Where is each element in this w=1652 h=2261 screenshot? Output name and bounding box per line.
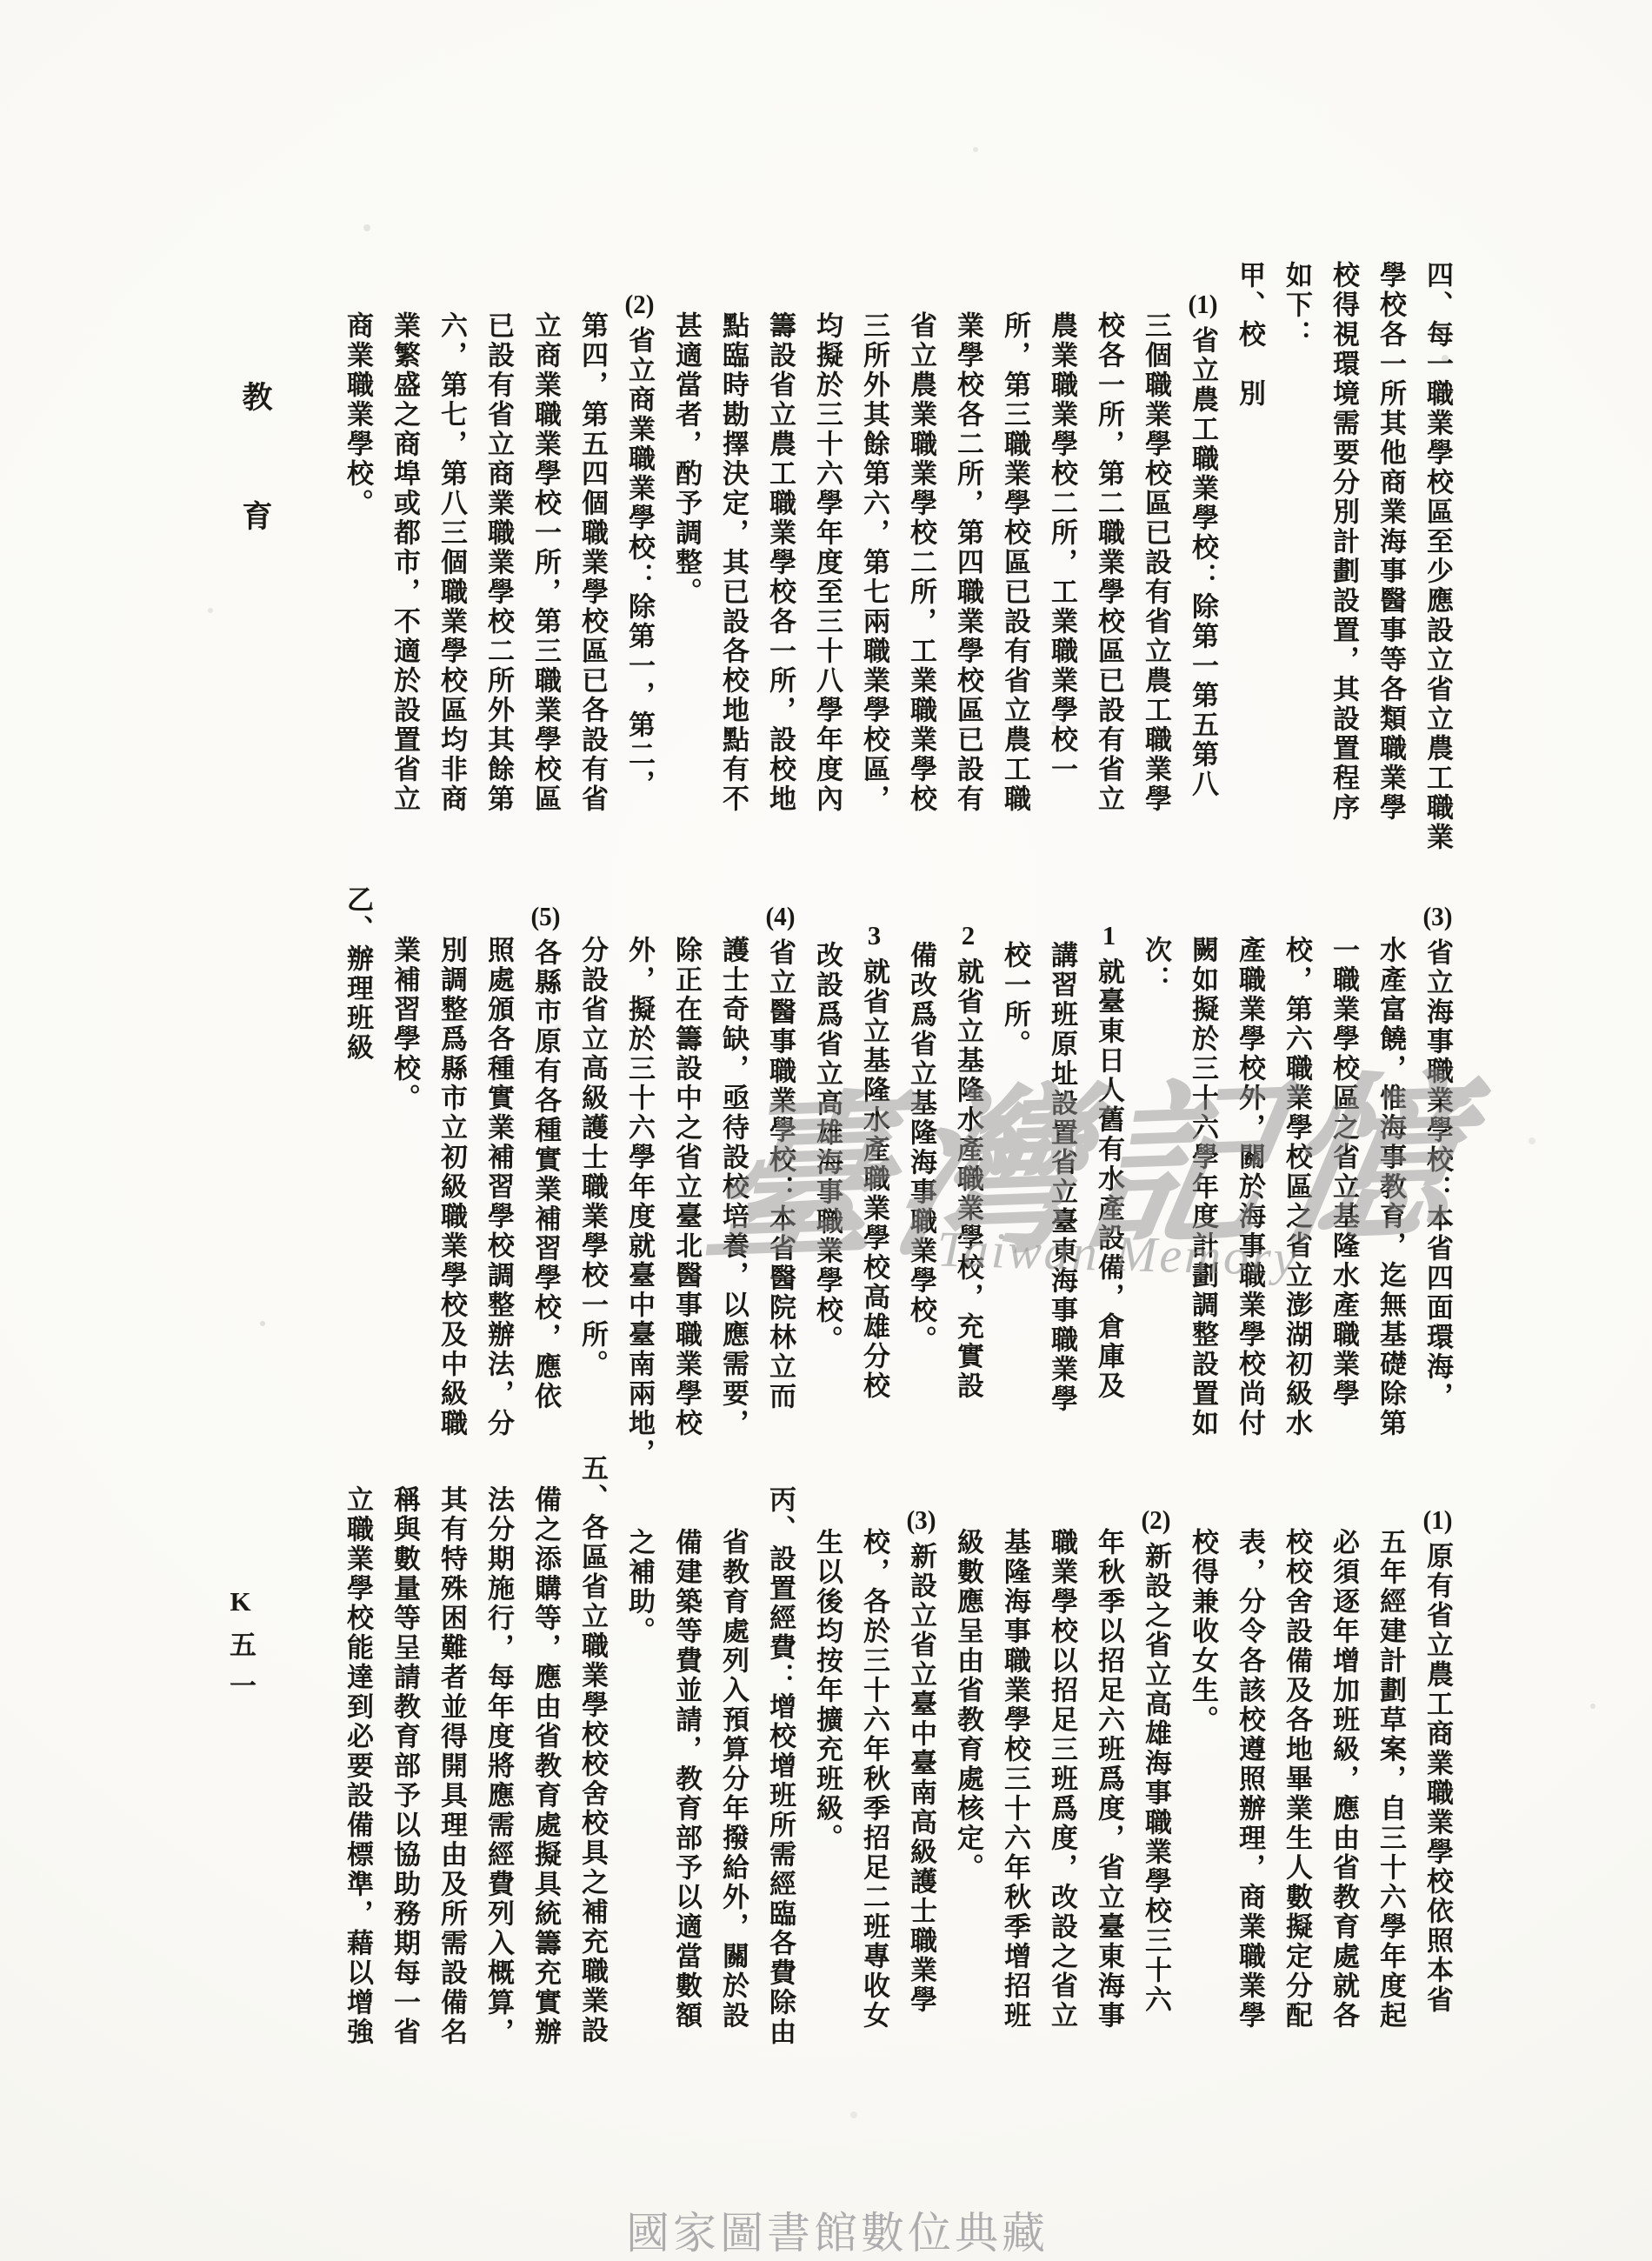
- column-text: 學校各一所其他商業海事醫事等各類職業學: [1376, 261, 1406, 823]
- library-digital-archive-caption: 國家圖書館數位典藏: [626, 2198, 1049, 2261]
- column-text: 三個職業學校區已設有省立農工職業學: [1141, 311, 1171, 814]
- scan-noise: [0, 0, 3, 3]
- column-text: 校校舍設備及各地畢業生人數擬定分配: [1282, 1528, 1312, 2031]
- text-column: 備之添購等，應由省教育處擬具統籌充實辦: [522, 1454, 569, 2124]
- text-column: 表，分令各該校遵照辦理，商業職業學: [1226, 1454, 1273, 2124]
- column-text: 省立農業職業學校二所，工業職業學校: [906, 311, 936, 814]
- column-text: 校，各於三十六年秋季招足二班專收女: [859, 1528, 889, 2031]
- text-column: 農業職業學校二所，工業職業學校一: [1038, 261, 1085, 887]
- column-text: 年秋季以招足六班爲度，省立臺東海事: [1094, 1528, 1124, 2031]
- column-text: 除正在籌設中之省立臺北醫事職業學校: [671, 936, 702, 1438]
- column-text: 必須逐年增加班級，應由省教育處就各: [1329, 1528, 1359, 2031]
- column-text: 各縣市原有各種實業補習學校，應依: [530, 938, 561, 1411]
- column-text: 所，第三職業學校區已設有省立農工職: [1000, 311, 1030, 814]
- column-text: 已設有省立商業職業學校二所外其餘第: [483, 311, 514, 814]
- column-text: 第四，第五四個職業學校區已各設有省: [577, 311, 608, 814]
- column-text: 三所外其餘第六，第七兩職業學校區，: [859, 311, 889, 814]
- text-column: 甲、校 別: [1226, 261, 1273, 887]
- text-column: 外，擬於三十六學年度就臺中臺南兩地，: [616, 885, 663, 1459]
- text-column: 五年經建計劃草案，自三十六學年度起: [1367, 1454, 1414, 2124]
- text-column: (1)原有省立農工商業職業學校依照本省: [1414, 1454, 1461, 2124]
- column-text: 省教育處列入預算分年撥給外，關於設: [718, 1528, 749, 2031]
- column-text: 業補習學校。: [390, 936, 420, 1113]
- text-column: 商業職業學校。: [334, 261, 381, 887]
- item-marker: 3: [859, 922, 889, 949]
- column-text: 級數應呈由省教育處核定。: [953, 1528, 983, 1883]
- text-column: 點臨時勘擇決定，其已設各校地點有不: [709, 261, 756, 887]
- column-text: 五年經建計劃草案，自三十六學年度起: [1376, 1528, 1406, 2031]
- column-text: 省立商業職業學校：除第一，第二，: [624, 326, 655, 799]
- column-text: 職業學校以招足三班爲度，改設之省立: [1047, 1528, 1077, 2031]
- text-band-top: 四、每一職業學校區至少應設立省立農工職業學校各一所其他商業海事醫事等各類職業學校…: [330, 261, 1461, 887]
- text-column: 之補助。: [616, 1454, 663, 2124]
- text-column: 業補習學校。: [381, 885, 428, 1459]
- text-column: 丙、設置經費：增校增班所需經臨各費除由: [756, 1454, 803, 2124]
- column-text: 省立農工職業學校：除第一第五第八: [1188, 326, 1218, 799]
- text-band-bottom: (1)原有省立農工商業職業學校依照本省五年經建計劃草案，自三十六學年度起必須逐年…: [330, 1454, 1461, 2124]
- text-column: 別調整爲縣市立初級職業學校及中級職: [428, 885, 475, 1459]
- column-text: 備之添購等，應由省教育處擬具統籌充實辦: [530, 1485, 561, 2047]
- text-column: 分設省立高級護士職業學校一所。: [569, 885, 616, 1459]
- column-text: 外，擬於三十六學年度就臺中臺南兩地，: [624, 936, 655, 1468]
- column-text: 籌設省立農工職業學校各一所，設校地: [765, 311, 796, 814]
- text-column: 校得兼收女生。: [1179, 1454, 1226, 2124]
- column-text: 原有省立農工商業職業學校依照本省: [1422, 1542, 1453, 2015]
- column-text: 生以後均按年擴充班級。: [812, 1528, 843, 1853]
- text-column: 省教育處列入預算分年撥給外，關於設: [709, 1454, 756, 2124]
- text-column: 基隆海事職業學校三十六年秋季增招班: [991, 1454, 1038, 2124]
- scanned-document-page: 四、每一職業學校區至少應設立省立農工職業學校各一所其他商業海事醫事等各類職業學校…: [0, 0, 1652, 2261]
- column-text: 點臨時勘擇決定，其已設各校地點有不: [718, 311, 749, 814]
- text-column: 五、各區省立職業學校校舍校具之補充職業設: [569, 1454, 616, 2124]
- text-column: 稱與數量等呈請教育部予以協助務期每一省: [381, 1454, 428, 2124]
- text-column: 已設有省立商業職業學校二所外其餘第: [475, 261, 522, 887]
- column-text: 校得兼收女生。: [1188, 1528, 1218, 1735]
- text-column: 照處頒各種實業補習學校調整辦法，分: [475, 885, 522, 1459]
- item-marker: (2): [1141, 1506, 1171, 1533]
- column-text: 甚適當者，酌予調整。: [671, 311, 702, 607]
- column-text: 乙、辦理班級: [343, 885, 373, 1063]
- text-column: 業學校各二所，第四職業學校區已設有: [944, 261, 991, 887]
- text-column: 立職業學校能達到必要設備標準，藉以增強: [334, 1454, 381, 2124]
- column-text: 照處頒各種實業補習學校調整辦法，分: [483, 936, 514, 1438]
- item-marker: (4): [765, 903, 796, 930]
- column-text: 四、每一職業學校區至少應設立省立農工職業: [1422, 261, 1453, 852]
- item-marker: (1): [1188, 290, 1218, 317]
- text-column: 三所外其餘第六，第七兩職業學校區，: [850, 261, 897, 887]
- column-text: 法分期施行，每年度將應需經費列入概算，: [483, 1485, 514, 2047]
- item-marker: 1: [1094, 922, 1124, 949]
- text-column: 三個職業學校區已設有省立農工職業學: [1132, 261, 1179, 887]
- item-marker: (2): [624, 290, 655, 317]
- item-marker: (3): [906, 1506, 936, 1533]
- text-column: (2)新設之省立高雄海事職業學校三十六: [1132, 1454, 1179, 2124]
- column-text: 五、各區省立職業學校校舍校具之補充職業設: [577, 1454, 608, 2045]
- column-text: 立職業學校能達到必要設備標準，藉以增強: [343, 1485, 373, 2047]
- running-title-education: 教育: [233, 381, 276, 619]
- page-number: K五一: [221, 1586, 260, 1712]
- column-text: 商業職業學校。: [343, 311, 373, 518]
- text-column: 甚適當者，酌予調整。: [663, 261, 709, 887]
- text-column: 級數應呈由省教育處核定。: [944, 1454, 991, 2124]
- text-column: 均擬於三十六學年度至三十八學年度內: [803, 261, 850, 887]
- column-text: 之補助。: [624, 1528, 655, 1646]
- item-marker: 2: [953, 922, 983, 949]
- column-text: 六，第七，第八三個職業學校區均非商: [436, 311, 467, 814]
- text-column: 如下：: [1273, 261, 1320, 887]
- column-text: 校得視環境需要分別計劃設置，其設置程序: [1329, 261, 1359, 823]
- text-column: 職業學校以招足三班爲度，改設之省立: [1038, 1454, 1085, 2124]
- text-column: 校得視環境需要分別計劃設置，其設置程序: [1320, 261, 1367, 887]
- text-column: 所，第三職業學校區已設有省立農工職: [991, 261, 1038, 887]
- column-text: 其有特殊困難者並得開具理由及所需設備名: [436, 1485, 467, 2047]
- column-text: 立商業職業學校一所，第三職業學校區: [530, 311, 561, 814]
- text-column: 第四，第五四個職業學校區已各設有省: [569, 261, 616, 887]
- text-column: 籌設省立農工職業學校各一所，設校地: [756, 261, 803, 887]
- text-column: 學校各一所其他商業海事醫事等各類職業學: [1367, 261, 1414, 887]
- text-column: 法分期施行，每年度將應需經費列入概算，: [475, 1454, 522, 2124]
- column-text: 如下：: [1282, 261, 1312, 350]
- text-column: 四、每一職業學校區至少應設立省立農工職業: [1414, 261, 1461, 887]
- column-text: 稱與數量等呈請教育部予以協助務期每一省: [390, 1485, 420, 2047]
- text-column: 校各一所，第二職業學校區已設有省立: [1085, 261, 1132, 887]
- taiwan-memory-watermark-latin: Taiwan Memory: [936, 1220, 1299, 1288]
- text-column: 備建築等費並請，教育部予以適當數額: [663, 1454, 709, 2124]
- text-column: (5)各縣市原有各種實業補習學校，應依: [522, 885, 569, 1459]
- column-text: 校各一所，第二職業學校區已設有省立: [1094, 311, 1124, 814]
- column-text: 均擬於三十六學年度至三十八學年度內: [812, 311, 843, 814]
- column-text: 次：: [1141, 936, 1171, 995]
- text-column: 立商業職業學校一所，第三職業學校區: [522, 261, 569, 887]
- column-text: 新設立省立臺中臺南高級護士職業學: [906, 1542, 936, 2015]
- text-column: (2)省立商業職業學校：除第一，第二，: [616, 261, 663, 887]
- column-text: 業繁盛之商埠或都市，不適於設置省立: [390, 311, 420, 814]
- text-column: 除正在籌設中之省立臺北醫事職業學校: [663, 885, 709, 1459]
- item-marker: (5): [530, 903, 561, 930]
- text-column: 生以後均按年擴充班級。: [803, 1454, 850, 2124]
- text-column: (3)新設立省立臺中臺南高級護士職業學: [897, 1454, 944, 2124]
- column-text: 業學校各二所，第四職業學校區已設有: [953, 311, 983, 814]
- column-text: 分設省立高級護士職業學校一所。: [577, 936, 608, 1379]
- text-column: 其有特殊困難者並得開具理由及所需設備名: [428, 1454, 475, 2124]
- column-text: 備建築等費並請，教育部予以適當數額: [671, 1528, 702, 2031]
- text-column: 省立農業職業學校二所，工業職業學校: [897, 261, 944, 887]
- text-column: 六，第七，第八三個職業學校區均非商: [428, 261, 475, 887]
- column-text: 甲、校 別: [1235, 261, 1265, 409]
- item-marker: (1): [1422, 1506, 1453, 1533]
- column-text: 新設之省立高雄海事職業學校三十六: [1141, 1542, 1171, 2015]
- text-column: 校，各於三十六年秋季招足二班專收女: [850, 1454, 897, 2124]
- column-text: 丙、設置經費：增校增班所需經臨各費除由: [765, 1485, 796, 2047]
- column-text: 表，分令各該校遵照辦理，商業職業學: [1235, 1528, 1265, 2031]
- column-text: 農業職業學校二所，工業職業學校一: [1047, 311, 1077, 784]
- column-text: 別調整爲縣市立初級職業學校及中級職: [436, 936, 467, 1438]
- text-column: 乙、辦理班級: [334, 885, 381, 1459]
- item-marker: (3): [1422, 903, 1453, 930]
- text-column: 業繁盛之商埠或都市，不適於設置省立: [381, 261, 428, 887]
- column-text: 基隆海事職業學校三十六年秋季增招班: [1000, 1528, 1030, 2031]
- text-column: 年秋季以招足六班爲度，省立臺東海事: [1085, 1454, 1132, 2124]
- text-column: 必須逐年增加班級，應由省教育處就各: [1320, 1454, 1367, 2124]
- text-column: 校校舍設備及各地畢業生人數擬定分配: [1273, 1454, 1320, 2124]
- text-column: (1)省立農工職業學校：除第一第五第八: [1179, 261, 1226, 887]
